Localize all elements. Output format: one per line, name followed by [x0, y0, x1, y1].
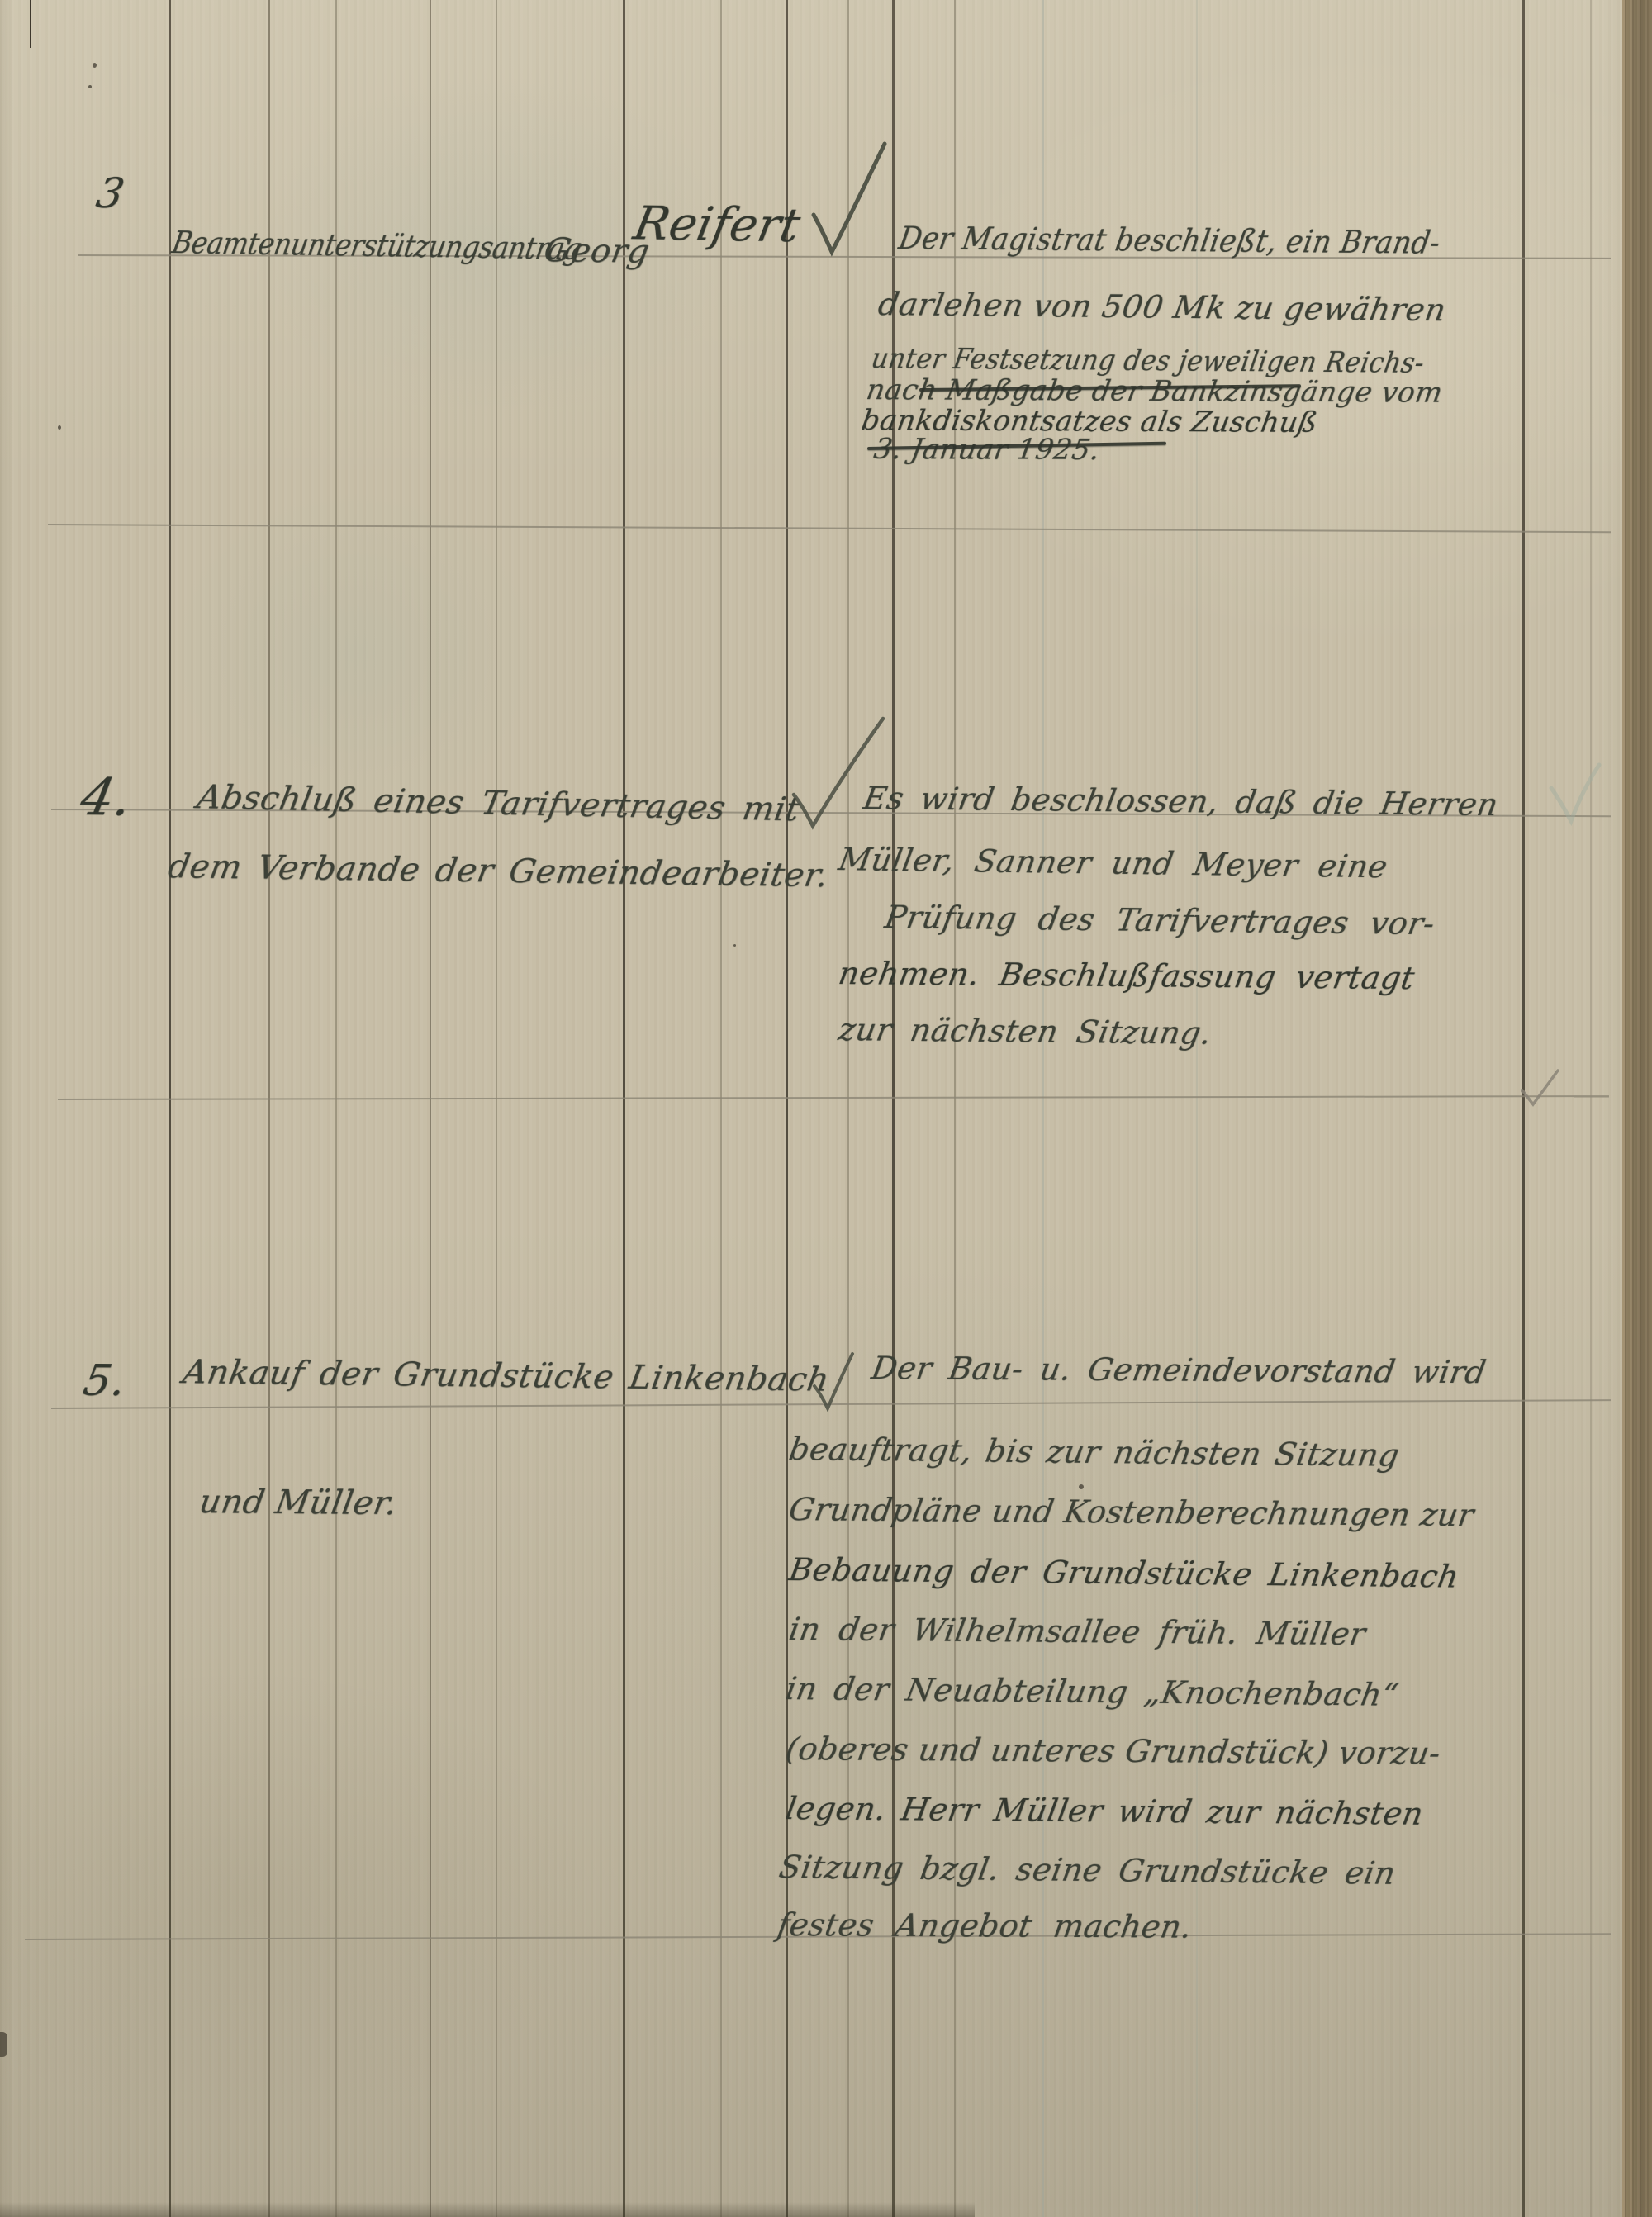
column-rule [1522, 0, 1525, 2217]
page-edge-right [1622, 0, 1652, 2217]
column-rule [1590, 0, 1592, 2217]
entry-4-resolution-line: Müller, Sanner und Meyer eine [836, 841, 1390, 885]
entry-3-resolution-line: darlehen von 500 Mk zu gewähren [876, 286, 1449, 328]
stub-rule [30, 0, 31, 48]
column-rule [496, 0, 497, 2217]
entry-5-subject-line: Ankauf der Grundstücke Linkenbach [180, 1353, 832, 1398]
entry-5-resolution-line: Der Bau- u. Gemeindevorstand wird [869, 1350, 1488, 1390]
column-rule [169, 0, 171, 2217]
entry-5-subject-line: und Müller. [197, 1483, 400, 1522]
column-rule [623, 0, 625, 2217]
entry-4-resolution-line: Prüfung des Tarifvertrages vor- [882, 899, 1437, 942]
entry-5-resolution-line: beauftragt, bis zur nächsten Sitzung [786, 1431, 1402, 1474]
entry-5-number: 5. [79, 1356, 131, 1406]
ink-speck [733, 944, 736, 947]
column-rule [335, 0, 337, 2217]
checkmark-icon [1520, 1067, 1561, 1108]
row-rule [48, 524, 1611, 533]
entry-5-resolution-line: in der Neuabteilung „Knochenbach“ [783, 1670, 1402, 1713]
entry-5-resolution-line: Bebauung der Grundstücke Linkenbach [786, 1551, 1462, 1594]
checkmark-icon [809, 139, 889, 259]
checkmark-icon [811, 1350, 856, 1412]
ink-speck [88, 85, 92, 88]
checkmark-icon [1546, 760, 1606, 829]
entry-3-resolution-line: Der Magistrat beschließt, ein Brand- [896, 220, 1443, 261]
entry-3-number: 3 [93, 169, 129, 217]
row-rule [58, 1095, 1609, 1100]
page-edge-bottom [0, 2202, 975, 2217]
entry-4-number: 4. [76, 767, 137, 827]
entry-3-subject-word: Reifert [629, 197, 805, 253]
ink-speck [1079, 1484, 1084, 1489]
column-rule [268, 0, 270, 2217]
edge-mark [0, 2032, 7, 2057]
entry-4-resolution-line: Es wird beschlossen, daß die Herren [861, 780, 1501, 823]
entry-4-resolution-line: nehmen. Beschlußfassung vertagt [836, 955, 1417, 996]
entry-5-resolution-line: legen. Herr Müller wird zur nächsten [783, 1790, 1426, 1832]
entry-4-subject-line: Abschluß eines Tarifvertrages mit [194, 778, 803, 828]
entry-4-subject-line: dem Verbande der Gemeindearbeiter. [165, 847, 831, 895]
entry-5-resolution-line: (oberes und unteres Grundstück) vorzu- [783, 1730, 1443, 1771]
entry-5-resolution-line: in der Wilhelmsallee früh. Müller [786, 1611, 1369, 1652]
entry-5-resolution-line: Sitzung bzgl. seine Grundstücke ein [776, 1849, 1398, 1892]
column-rule [720, 0, 722, 2217]
entry-5-resolution-line: Grundpläne und Kostenberechnungen zur [786, 1491, 1477, 1533]
ink-speck [58, 425, 61, 430]
column-rule [430, 0, 431, 2217]
entry-5-resolution-line: festes Angebot machen. [775, 1906, 1194, 1945]
entry-3-resolution-line: 3. Januar 1925. [871, 433, 1103, 467]
entry-3-subject-word: Beamtenunterstützungsantrag [169, 225, 584, 267]
ledger-page: 3 Beamtenunterstützungsantrag Georg Reif… [0, 0, 1652, 2217]
entry-4-resolution-line: zur nächsten Sitzung. [836, 1011, 1214, 1052]
ink-speck [93, 63, 97, 68]
